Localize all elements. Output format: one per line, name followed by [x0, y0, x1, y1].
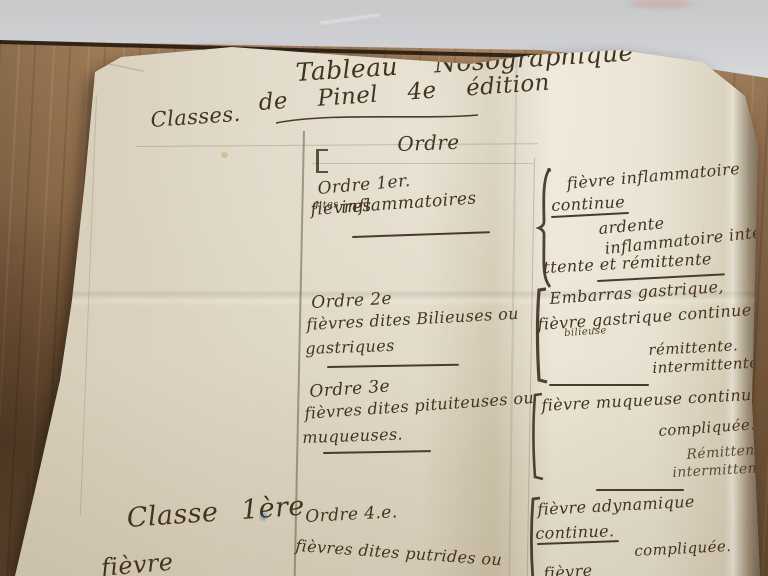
- classes-column-header: Classes.: [150, 104, 241, 131]
- order-3-separator-line: [596, 489, 684, 491]
- order-3-label: Ordre 3e: [309, 378, 391, 401]
- order-1-left-text: fievresditesinflammatoires: [310, 200, 342, 219]
- order-4-right-line3: compliquée.: [634, 539, 732, 559]
- order-3-left-underline: [323, 450, 431, 454]
- order-2-right-line4: intermittente.: [652, 355, 764, 376]
- order-2-label: Ordre 2e: [311, 291, 392, 312]
- order-4-right-line2: continue.: [535, 523, 615, 542]
- folded-paper-sheet: Tableau Nosographique de Pinel 4e éditio…: [0, 0, 768, 576]
- order-3-right-line2: compliquée.: [658, 417, 756, 439]
- order-2-left-line2: gastriques: [305, 338, 395, 357]
- order-1-right-line2: continue: [551, 194, 625, 214]
- paper-surface: Tableau Nosographique de Pinel 4e éditio…: [0, 0, 768, 576]
- top-left-corner-fold: [98, 61, 143, 72]
- order-4-left-line1: fièvres dites putrides ou: [295, 538, 503, 568]
- order-1-right-line5: ttente et rémittente: [543, 251, 712, 276]
- order-2-left-underline: [327, 364, 459, 368]
- order-3-right-line3: Rémittente: [686, 442, 768, 462]
- margin-rule: [80, 95, 97, 515]
- order-1-left-underline: [352, 231, 490, 238]
- ordre-column-header: Ordre: [397, 132, 460, 154]
- classe-1-label: Classe 1ère: [126, 493, 306, 532]
- classe-1-next-word: fièvre: [100, 550, 174, 576]
- title-flourish: [272, 108, 484, 128]
- order-4-right-line4: fièvre: [543, 563, 593, 576]
- order-3-right-line1: fièvre muqueuse continue.: [541, 386, 767, 414]
- order-4-label: Ordre 4.e.: [305, 504, 398, 526]
- order-1-left-bracket-icon: [316, 149, 328, 173]
- yellow-stain: [221, 152, 228, 158]
- order-1-right-line1: fièvre inflammatoire: [566, 161, 741, 192]
- order-1-sup: dites: [312, 199, 339, 212]
- order-2-separator-line: [549, 384, 649, 386]
- horizontal-rule-2: [312, 163, 534, 164]
- order-2-bracket-icon: [532, 286, 550, 386]
- horizontal-rule-1: [136, 143, 538, 147]
- order-2-bilieuse-note: bilieuse: [564, 326, 607, 339]
- photo-of-manuscript: Tableau Nosographique de Pinel 4e éditio…: [0, 0, 768, 576]
- order-3-left-line2: muqueuses.: [302, 426, 403, 446]
- order-4-right-line1: fièvre adynamique: [537, 494, 695, 518]
- order-3-right-line4: intermittente.: [672, 461, 768, 480]
